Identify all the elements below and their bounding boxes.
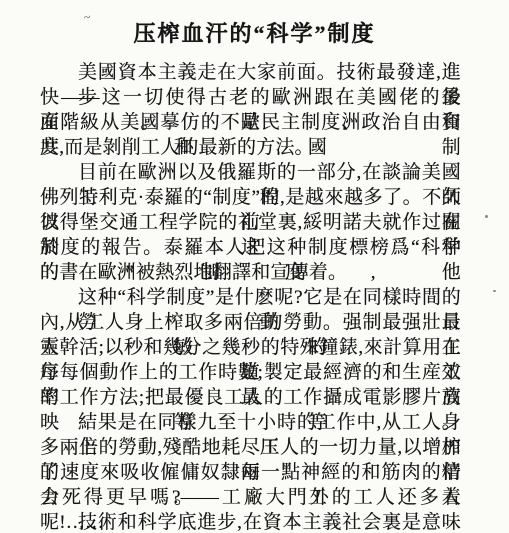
text-line: 会死得更早嗎?——工廠大門外的工人还多着呢!…… — [40, 485, 461, 510]
text-line: 技術和科学底進步,在資本主義社会裏是意味着压榨 — [40, 510, 461, 533]
text-line: 快——这一切使得古老的歐洲跟在美國佬的後面。歐洲資 — [40, 85, 461, 110]
paragraph: 技術和科学底進步,在資本主義社会裏是意味着压榨 — [40, 510, 461, 533]
scan-artifact — [485, 215, 488, 218]
text-line: 多兩倍的勞動,殘酷地耗尽工人的一切力量,以增加了兩倍 — [40, 435, 461, 460]
text-line: 目前在歐洲以及俄羅斯的一部分,在談論美國工程師 — [40, 160, 461, 185]
text-line: 人幹活;以秒和幾分之幾秒的特殊鐘錶,來計算用在每道工 — [40, 335, 461, 360]
text-line: 佛列特利克·泰羅的“制度”的,是越來越多了。不久以前在 — [40, 185, 461, 210]
paragraph: 目前在歐洲以及俄羅斯的一部分,在談論美國工程師 佛列特利克·泰羅的“制度”的,是… — [40, 160, 461, 285]
paragraph: 結果是在同樣九至十小時的工作中,从工人身上压榨 多兩倍的勞動,殘酷地耗尽工人的一… — [40, 410, 461, 510]
text-line: 这种“科学制度”是什麽呢?它是在同樣時間的勞動日 — [40, 285, 461, 310]
scanned-book-page: ~ 压榨血汗的“科学”制度 美國資本主義走在大家前面。技術最發達,進步最 快——… — [0, 0, 509, 533]
text-line: 制度的報告。泰羅本人把这种制度標榜爲“科学的”制度,他 — [40, 235, 461, 260]
text-line: 的速度來吸收僱傭奴隸每一點神經的和筋肉的精力。工人 — [40, 460, 461, 485]
text-line: 的工作方法;把最優良工人的工作攝成電影膠片放映等等。 — [40, 385, 461, 410]
paragraph: 美國資本主義走在大家前面。技術最發達,進步最 快——这一切使得古老的歐洲跟在美國… — [40, 60, 461, 160]
scan-artifact — [493, 290, 496, 292]
paragraph: 这种“科学制度”是什麽呢?它是在同樣時間的勞動日 內,从工人身上榨取多兩倍的勞動… — [40, 285, 461, 410]
text-line: 産階級从美國摹仿的不是民主制度、政治自由和共和國制 — [40, 110, 461, 135]
text-line: 結果是在同樣九至十小時的工作中,从工人身上压榨 — [40, 410, 461, 435]
text-line: 內,从工人身上榨取多兩倍的勞動。强制最强壯最靈敏的工 — [40, 310, 461, 335]
text-line: 序每個動作上的工作時數;製定最經濟的和生産效率最高 — [40, 360, 461, 385]
article-body: 美國資本主義走在大家前面。技術最發達,進步最 快——这一切使得古老的歐洲跟在美國… — [0, 60, 509, 533]
text-line: 彼得堡交通工程学院的礼堂裏,綏明諾夫就作过關於这种 — [40, 210, 461, 235]
scan-artifact: ~ — [83, 10, 92, 26]
page-title: 压榨血汗的“科学”制度 — [0, 21, 509, 47]
text-line: 美國資本主義走在大家前面。技術最發達,進步最 — [40, 60, 461, 85]
